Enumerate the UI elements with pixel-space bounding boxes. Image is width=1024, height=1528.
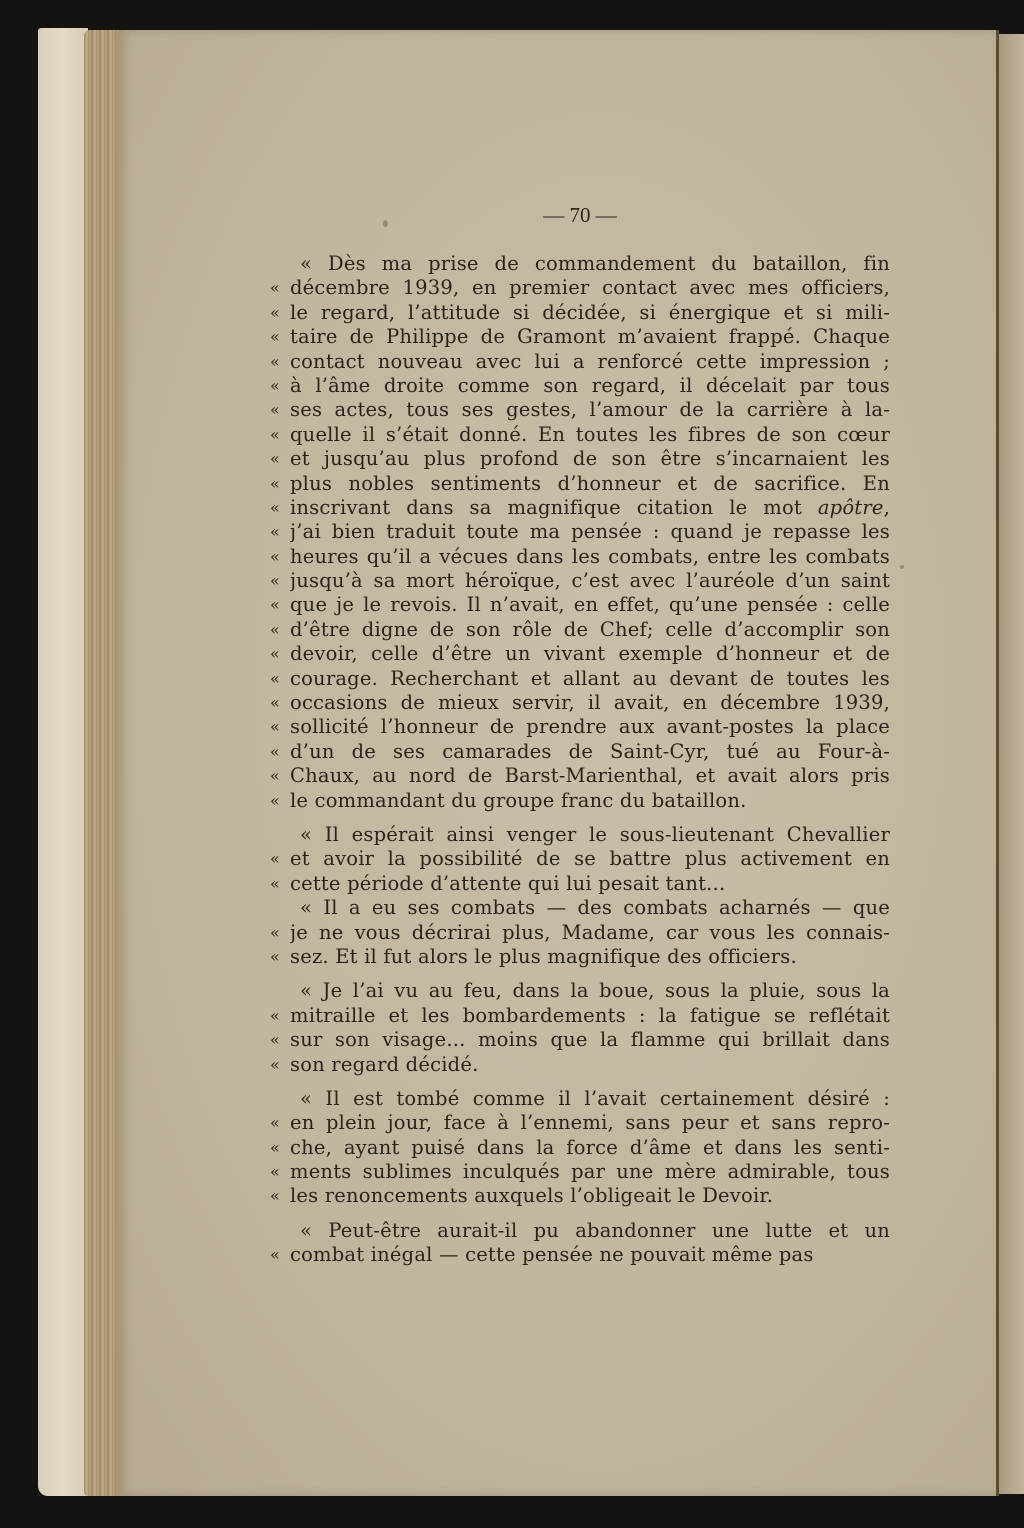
paragraph: « Peut-être aurait-il pu abandonner une …	[270, 1219, 890, 1268]
quote-continuation-mark: «	[270, 764, 290, 788]
line-text: combat inégal — cette pensée ne pouvait …	[290, 1243, 890, 1267]
text-line: «taire de Philippe de Gramont m’avaient …	[270, 325, 890, 349]
line-text: et jusqu’au plus profond de son être s’i…	[290, 447, 890, 471]
paper-speck	[900, 565, 904, 569]
line-text: devoir, celle d’être un vivant exemple d…	[290, 642, 890, 666]
quote-continuation-mark: «	[270, 1160, 290, 1184]
quote-continuation-mark: «	[270, 921, 290, 945]
quote-continuation-mark: «	[270, 1004, 290, 1028]
line-text: che, ayant puisé dans la force d’âme et …	[290, 1136, 890, 1160]
quote-continuation-mark: «	[270, 569, 290, 593]
quote-continuation-mark: «	[270, 545, 290, 569]
page-stack-edges	[84, 30, 120, 1496]
emphasized-word: apôtre	[818, 496, 884, 519]
line-text: « Je l’ai vu au feu, dans la boue, sous …	[270, 979, 890, 1003]
text-line: «à l’âme droite comme son regard, il déc…	[270, 374, 890, 398]
line-text: d’être digne de son rôle de Chef; celle …	[290, 618, 890, 642]
text-line: «d’un de ses camarades de Saint-Cyr, tué…	[270, 740, 890, 764]
line-text: « Il est tombé comme il l’avait certaine…	[270, 1087, 890, 1111]
text-line: «sur son visage... moins que la flamme q…	[270, 1028, 890, 1052]
text-line: « Il est tombé comme il l’avait certaine…	[270, 1087, 890, 1111]
line-text: j’ai bien traduit toute ma pensée : quan…	[290, 520, 890, 544]
line-text: en plein jour, face à l’ennemi, sans peu…	[290, 1111, 890, 1135]
quote-continuation-mark: «	[270, 276, 290, 300]
line-text: « Il espérait ainsi venger le sous-lieut…	[270, 823, 890, 847]
line-text: ses actes, tous ses gestes, l’amour de l…	[290, 398, 890, 422]
line-text: inscrivant dans sa magnifique citation l…	[290, 496, 890, 520]
text-line: «décembre 1939, en premier contact avec …	[270, 276, 890, 300]
text-line: «en plein jour, face à l’ennemi, sans pe…	[270, 1111, 890, 1135]
quote-continuation-mark: «	[270, 350, 290, 374]
text-line: «combat inégal — cette pensée ne pouvait…	[270, 1243, 890, 1267]
line-text: heures qu’il a vécues dans les combats, …	[290, 545, 890, 569]
line-text: sollicité l’honneur de prendre aux avant…	[290, 715, 890, 739]
quote-continuation-mark: «	[270, 301, 290, 325]
line-text: taire de Philippe de Gramont m’avaient f…	[290, 325, 890, 349]
quote-continuation-mark: «	[270, 642, 290, 666]
page-body-text: « Dès ma prise de commandement du batail…	[270, 252, 890, 1278]
quote-continuation-mark: «	[270, 1184, 290, 1208]
line-text: courage. Recherchant et allant au devant…	[290, 667, 890, 691]
text-line: «inscrivant dans sa magnifique citation …	[270, 496, 890, 520]
quote-continuation-mark: «	[270, 593, 290, 617]
text-line: «le commandant du groupe franc du batail…	[270, 789, 890, 813]
quote-continuation-mark: «	[270, 520, 290, 544]
line-text: et avoir la possibilité de se battre plu…	[290, 847, 890, 871]
line-text: sez. Et il fut alors le plus magnifique …	[290, 945, 890, 969]
line-text: « Peut-être aurait-il pu abandonner une …	[270, 1219, 890, 1243]
text-line: «sollicité l’honneur de prendre aux avan…	[270, 715, 890, 739]
text-line: «devoir, celle d’être un vivant exemple …	[270, 642, 890, 666]
text-line: «son regard décidé.	[270, 1053, 890, 1077]
line-text: mitraille et les bombardements : la fati…	[290, 1004, 890, 1028]
line-text: occasions de mieux servir, il avait, en …	[290, 691, 890, 715]
text-line: «courage. Recherchant et allant au devan…	[270, 667, 890, 691]
quote-continuation-mark: «	[270, 618, 290, 642]
text-line: « Il a eu ses combats — des combats acha…	[270, 896, 890, 920]
scanned-book-spread: — 70 — « Dès ma prise de commandement du…	[0, 0, 1024, 1528]
quote-continuation-mark: «	[270, 667, 290, 691]
line-text: d’un de ses camarades de Saint-Cyr, tué …	[290, 740, 890, 764]
text-line: «j’ai bien traduit toute ma pensée : qua…	[270, 520, 890, 544]
quote-continuation-mark: «	[270, 423, 290, 447]
text-line: «Chaux, au nord de Barst-Marienthal, et …	[270, 764, 890, 788]
line-text: contact nouveau avec lui a renforcé cett…	[290, 350, 890, 374]
paragraph: « Je l’ai vu au feu, dans la boue, sous …	[270, 979, 890, 1077]
line-text: plus nobles sentiments d’honneur et de s…	[290, 472, 890, 496]
next-page-edge	[999, 34, 1024, 1494]
text-line: «que je le revois. Il n’avait, en effet,…	[270, 593, 890, 617]
text-line: «le regard, l’attitude si décidée, si én…	[270, 301, 890, 325]
text-line: «mitraille et les bombardements : la fat…	[270, 1004, 890, 1028]
text-line: «et avoir la possibilité de se battre pl…	[270, 847, 890, 871]
line-text: « Il a eu ses combats — des combats acha…	[270, 896, 890, 920]
quote-continuation-mark: «	[270, 740, 290, 764]
line-text: que je le revois. Il n’avait, en effet, …	[290, 593, 890, 617]
quote-continuation-mark: «	[270, 789, 290, 813]
text-line: «heures qu’il a vécues dans les combats,…	[270, 545, 890, 569]
paragraph: « Dès ma prise de commandement du batail…	[270, 252, 890, 813]
quote-continuation-mark: «	[270, 1136, 290, 1160]
text-line: « Dès ma prise de commandement du batail…	[270, 252, 890, 276]
line-text: ments sublimes inculqués par une mère ad…	[290, 1160, 890, 1184]
text-line: « Il espérait ainsi venger le sous-lieut…	[270, 823, 890, 847]
quote-continuation-mark: «	[270, 715, 290, 739]
quote-continuation-mark: «	[270, 447, 290, 471]
quote-continuation-mark: «	[270, 1111, 290, 1135]
line-text: jusqu’à sa mort héroïque, c’est avec l’a…	[290, 569, 890, 593]
page-number: — 70 —	[0, 203, 1024, 228]
quote-continuation-mark: «	[270, 398, 290, 422]
quote-continuation-mark: «	[270, 945, 290, 969]
quote-continuation-mark: «	[270, 1243, 290, 1267]
text-line: «les renoncements auxquels l’obligeait l…	[270, 1184, 890, 1208]
quote-continuation-mark: «	[270, 1028, 290, 1052]
book-cover-edge	[38, 28, 88, 1496]
line-text: sur son visage... moins que la flamme qu…	[290, 1028, 890, 1052]
line-text: je ne vous décrirai plus, Madame, car vo…	[290, 921, 890, 945]
line-text: le commandant du groupe franc du bataill…	[290, 789, 890, 813]
quote-continuation-mark: «	[270, 847, 290, 871]
quote-continuation-mark: «	[270, 872, 290, 896]
line-text: quelle il s’était donné. En toutes les f…	[290, 423, 890, 447]
line-text: le regard, l’attitude si décidée, si éne…	[290, 301, 890, 325]
line-text: Chaux, au nord de Barst-Marienthal, et a…	[290, 764, 890, 788]
text-line: «je ne vous décrirai plus, Madame, car v…	[270, 921, 890, 945]
quote-continuation-mark: «	[270, 374, 290, 398]
paragraph: « Il espérait ainsi venger le sous-lieut…	[270, 823, 890, 896]
paragraph: « Il est tombé comme il l’avait certaine…	[270, 1087, 890, 1209]
text-line: «ments sublimes inculqués par une mère a…	[270, 1160, 890, 1184]
line-text: « Dès ma prise de commandement du batail…	[270, 252, 890, 276]
text-line: «contact nouveau avec lui a renforcé cet…	[270, 350, 890, 374]
text-line: « Peut-être aurait-il pu abandonner une …	[270, 1219, 890, 1243]
text-line: «quelle il s’était donné. En toutes les …	[270, 423, 890, 447]
text-line: «sez. Et il fut alors le plus magnifique…	[270, 945, 890, 969]
text-line: «plus nobles sentiments d’honneur et de …	[270, 472, 890, 496]
line-text: à l’âme droite comme son regard, il déce…	[290, 374, 890, 398]
quote-continuation-mark: «	[270, 472, 290, 496]
quote-continuation-mark: «	[270, 496, 290, 520]
line-text: décembre 1939, en premier contact avec m…	[290, 276, 890, 300]
line-text: cette période d’attente qui lui pesait t…	[290, 872, 890, 896]
text-line: «et jusqu’au plus profond de son être s’…	[270, 447, 890, 471]
text-line: «che, ayant puisé dans la force d’âme et…	[270, 1136, 890, 1160]
line-text: les renoncements auxquels l’obligeait le…	[290, 1184, 890, 1208]
text-line: «ses actes, tous ses gestes, l’amour de …	[270, 398, 890, 422]
quote-continuation-mark: «	[270, 691, 290, 715]
text-line: « Je l’ai vu au feu, dans la boue, sous …	[270, 979, 890, 1003]
paragraph: « Il a eu ses combats — des combats acha…	[270, 896, 890, 969]
quote-continuation-mark: «	[270, 1053, 290, 1077]
text-line: «jusqu’à sa mort héroïque, c’est avec l’…	[270, 569, 890, 593]
text-line: «d’être digne de son rôle de Chef; celle…	[270, 618, 890, 642]
quote-continuation-mark: «	[270, 325, 290, 349]
text-line: «occasions de mieux servir, il avait, en…	[270, 691, 890, 715]
line-text: son regard décidé.	[290, 1053, 890, 1077]
text-line: «cette période d’attente qui lui pesait …	[270, 872, 890, 896]
